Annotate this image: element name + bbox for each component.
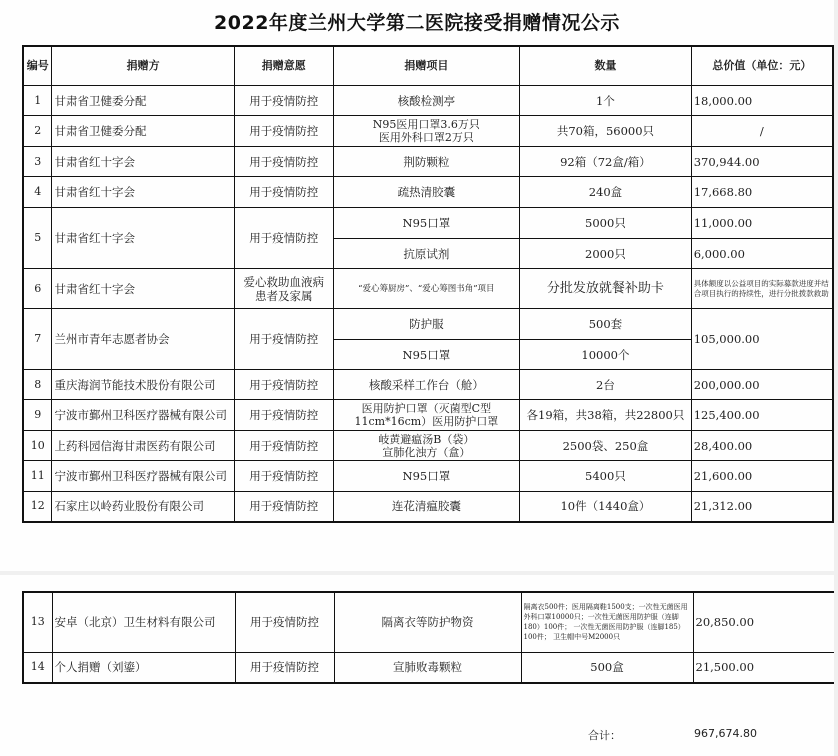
item-cell: N95口罩 <box>333 340 520 370</box>
table-row: 11 宁波市鄞州卫科医疗器械有限公司 用于疫情防控 N95口罩 5400只 21… <box>23 461 833 492</box>
quantity-cell: 分批发放就餐补助卡 <box>520 269 692 309</box>
table-row: 9 宁波市鄞州卫科医疗器械有限公司 用于疫情防控 医用防护口罩（灭菌型C型 11… <box>23 400 833 431</box>
purpose-cell: 爱心救助血液病患者及家属 <box>234 269 333 309</box>
donor-cell: 安卓（北京）卫生材料有限公司 <box>52 592 235 652</box>
quantity-cell: 92箱（72盒/箱） <box>520 147 692 177</box>
quantity-cell: 10件（1440盒） <box>520 492 692 522</box>
donation-table: 编号 捐赠方 捐赠意愿 捐赠项目 数量 总价值（单位：元） 1 甘肃省卫健委分配… <box>22 45 834 523</box>
item-cell: 隔离衣等防护物资 <box>334 592 521 652</box>
item-cell: 核酸采样工作台（舱） <box>333 370 520 400</box>
page-1: 2022年度兰州大学第二医院接受捐赠情况公示 编号 捐赠方 捐赠意愿 捐赠项目 … <box>0 0 834 571</box>
quantity-cell: 240盒 <box>520 177 692 208</box>
value-cell: 11,000.00 <box>691 208 833 239</box>
table-row: 8 重庆海润节能技术股份有限公司 用于疫情防控 核酸采样工作台（舱） 2台 20… <box>23 370 833 400</box>
donor-cell: 甘肃省卫健委分配 <box>52 86 234 116</box>
value-cell: 28,400.00 <box>691 431 833 461</box>
table-row: 3 甘肃省红十字会 用于疫情防控 荆防颗粒 92箱（72盒/箱） 370,944… <box>23 147 833 177</box>
value-cell: 125,400.00 <box>691 400 833 431</box>
purpose-cell: 用于疫情防控 <box>235 652 334 683</box>
row-number: 14 <box>23 652 52 683</box>
table-row: 5 甘肃省红十字会 用于疫情防控 N95口罩 5000只 11,000.00 <box>23 208 833 239</box>
donor-cell: 个人捐赠（刘鎏） <box>52 652 235 683</box>
value-cell: 18,000.00 <box>691 86 833 116</box>
quantity-cell: 10000个 <box>520 340 692 370</box>
item-cell: 防护服 <box>333 309 520 340</box>
value-cell: / <box>691 116 833 147</box>
purpose-cell: 用于疫情防控 <box>234 370 333 400</box>
header-value: 总价值（单位：元） <box>691 46 833 86</box>
table-row: 10 上药科园信海甘肃医药有限公司 用于疫情防控 岐黄避瘟汤B（袋） 宣肺化浊方… <box>23 431 833 461</box>
value-cell: 370,944.00 <box>691 147 833 177</box>
purpose-cell: 用于疫情防控 <box>234 116 333 147</box>
header-item: 捐赠项目 <box>333 46 520 86</box>
quantity-cell: 500套 <box>520 309 692 340</box>
donor-cell: 兰州市青年志愿者协会 <box>52 309 234 370</box>
table-row: 4 甘肃省红十字会 用于疫情防控 疏热清胶囊 240盒 17,668.80 <box>23 177 833 208</box>
header-purpose: 捐赠意愿 <box>234 46 333 86</box>
row-number: 9 <box>23 400 52 431</box>
donor-cell: 甘肃省卫健委分配 <box>52 116 234 147</box>
row-number: 2 <box>23 116 52 147</box>
purpose-cell: 用于疫情防控 <box>234 400 333 431</box>
scrollbar[interactable] <box>834 0 838 756</box>
total-value: 967,674.80 <box>694 727 757 740</box>
row-number: 10 <box>23 431 52 461</box>
value-cell: 6,000.00 <box>691 239 833 269</box>
table-row: 1 甘肃省卫健委分配 用于疫情防控 核酸检测亭 1个 18,000.00 <box>23 86 833 116</box>
donor-cell: 甘肃省红十字会 <box>52 177 234 208</box>
donation-table-continued: 13 安卓（北京）卫生材料有限公司 用于疫情防控 隔离衣等防护物资 隔离衣500… <box>22 591 836 684</box>
item-cell: 岐黄避瘟汤B（袋） 宣肺化浊方（盒） <box>333 431 520 461</box>
table-row: 14 个人捐赠（刘鎏） 用于疫情防控 宣肺败毒颗粒 500盒 21,500.00 <box>23 652 835 683</box>
page-title: 2022年度兰州大学第二医院接受捐赠情况公示 <box>0 8 834 35</box>
row-number: 4 <box>23 177 52 208</box>
item-cell: 抗原试剂 <box>333 239 520 269</box>
quantity-cell: 2500袋、250盒 <box>520 431 692 461</box>
value-cell: 21,600.00 <box>691 461 833 492</box>
item-cell: N95口罩 <box>333 208 520 239</box>
quantity-cell: 隔离衣500件；医用隔离鞋1500支；一次性无菌医用外科口罩10000只；一次性… <box>521 592 693 652</box>
row-number: 8 <box>23 370 52 400</box>
item-cell: 宣肺败毒颗粒 <box>334 652 521 683</box>
value-cell: 21,500.00 <box>693 652 835 683</box>
quantity-cell: 5400只 <box>520 461 692 492</box>
value-cell: 200,000.00 <box>691 370 833 400</box>
table-row: 12 石家庄以岭药业股份有限公司 用于疫情防控 连花清瘟胶囊 10件（1440盒… <box>23 492 833 522</box>
purpose-cell: 用于疫情防控 <box>234 461 333 492</box>
quantity-cell: 500盒 <box>521 652 693 683</box>
header-number: 编号 <box>23 46 52 86</box>
item-cell: 核酸检测亭 <box>333 86 520 116</box>
table-row: 2 甘肃省卫健委分配 用于疫情防控 N95医用口罩3.6万只 医用外科口罩2万只… <box>23 116 833 147</box>
total-label: 合计： <box>588 727 621 743</box>
quantity-cell: 2000只 <box>520 239 692 269</box>
purpose-cell: 用于疫情防控 <box>234 177 333 208</box>
donor-cell: 上药科园信海甘肃医药有限公司 <box>52 431 234 461</box>
purpose-cell: 用于疫情防控 <box>235 592 334 652</box>
value-cell: 20,850.00 <box>693 592 835 652</box>
quantity-cell: 共70箱，56000只 <box>520 116 692 147</box>
quantity-cell: 5000只 <box>520 208 692 239</box>
item-cell: N95医用口罩3.6万只 医用外科口罩2万只 <box>333 116 520 147</box>
purpose-cell: 用于疫情防控 <box>234 86 333 116</box>
row-number: 1 <box>23 86 52 116</box>
purpose-cell: 用于疫情防控 <box>234 208 333 269</box>
donor-cell: 宁波市鄞州卫科医疗器械有限公司 <box>52 461 234 492</box>
value-cell: 具体额度以公益项目的实际募款进度并结合项目执行的持续性，进行分批拨款救助 <box>691 269 833 309</box>
row-number: 13 <box>23 592 52 652</box>
item-cell: “爱心筹厨房”、“爱心筹图书角”项目 <box>333 269 520 309</box>
donor-cell: 甘肃省红十字会 <box>52 147 234 177</box>
value-cell: 17,668.80 <box>691 177 833 208</box>
row-number: 3 <box>23 147 52 177</box>
header-donor: 捐赠方 <box>52 46 234 86</box>
table-row: 13 安卓（北京）卫生材料有限公司 用于疫情防控 隔离衣等防护物资 隔离衣500… <box>23 592 835 652</box>
purpose-cell: 用于疫情防控 <box>234 309 333 370</box>
purpose-cell: 用于疫情防控 <box>234 147 333 177</box>
quantity-cell: 各19箱，共38箱，共22800只 <box>520 400 692 431</box>
row-number: 7 <box>23 309 52 370</box>
donor-cell: 重庆海润节能技术股份有限公司 <box>52 370 234 400</box>
item-cell: 疏热清胶囊 <box>333 177 520 208</box>
item-cell: 荆防颗粒 <box>333 147 520 177</box>
donor-cell: 甘肃省红十字会 <box>52 208 234 269</box>
table-row: 6 甘肃省红十字会 爱心救助血液病患者及家属 “爱心筹厨房”、“爱心筹图书角”项… <box>23 269 833 309</box>
donor-cell: 甘肃省红十字会 <box>52 269 234 309</box>
item-cell: 医用防护口罩（灭菌型C型 11cm*16cm）医用防护口罩 <box>333 400 520 431</box>
row-number: 12 <box>23 492 52 522</box>
value-cell: 21,312.00 <box>691 492 833 522</box>
value-cell: 105,000.00 <box>691 309 833 370</box>
table-row: 7 兰州市青年志愿者协会 用于疫情防控 防护服 500套 105,000.00 <box>23 309 833 340</box>
header-quantity: 数量 <box>520 46 692 86</box>
item-cell: 连花清瘟胶囊 <box>333 492 520 522</box>
quantity-cell: 2台 <box>520 370 692 400</box>
donor-cell: 宁波市鄞州卫科医疗器械有限公司 <box>52 400 234 431</box>
purpose-cell: 用于疫情防控 <box>234 492 333 522</box>
quantity-cell: 1个 <box>520 86 692 116</box>
donor-cell: 石家庄以岭药业股份有限公司 <box>52 492 234 522</box>
table-header: 编号 捐赠方 捐赠意愿 捐赠项目 数量 总价值（单位：元） <box>23 46 833 86</box>
item-cell: N95口罩 <box>333 461 520 492</box>
row-number: 11 <box>23 461 52 492</box>
row-number: 6 <box>23 269 52 309</box>
purpose-cell: 用于疫情防控 <box>234 431 333 461</box>
row-number: 5 <box>23 208 52 269</box>
